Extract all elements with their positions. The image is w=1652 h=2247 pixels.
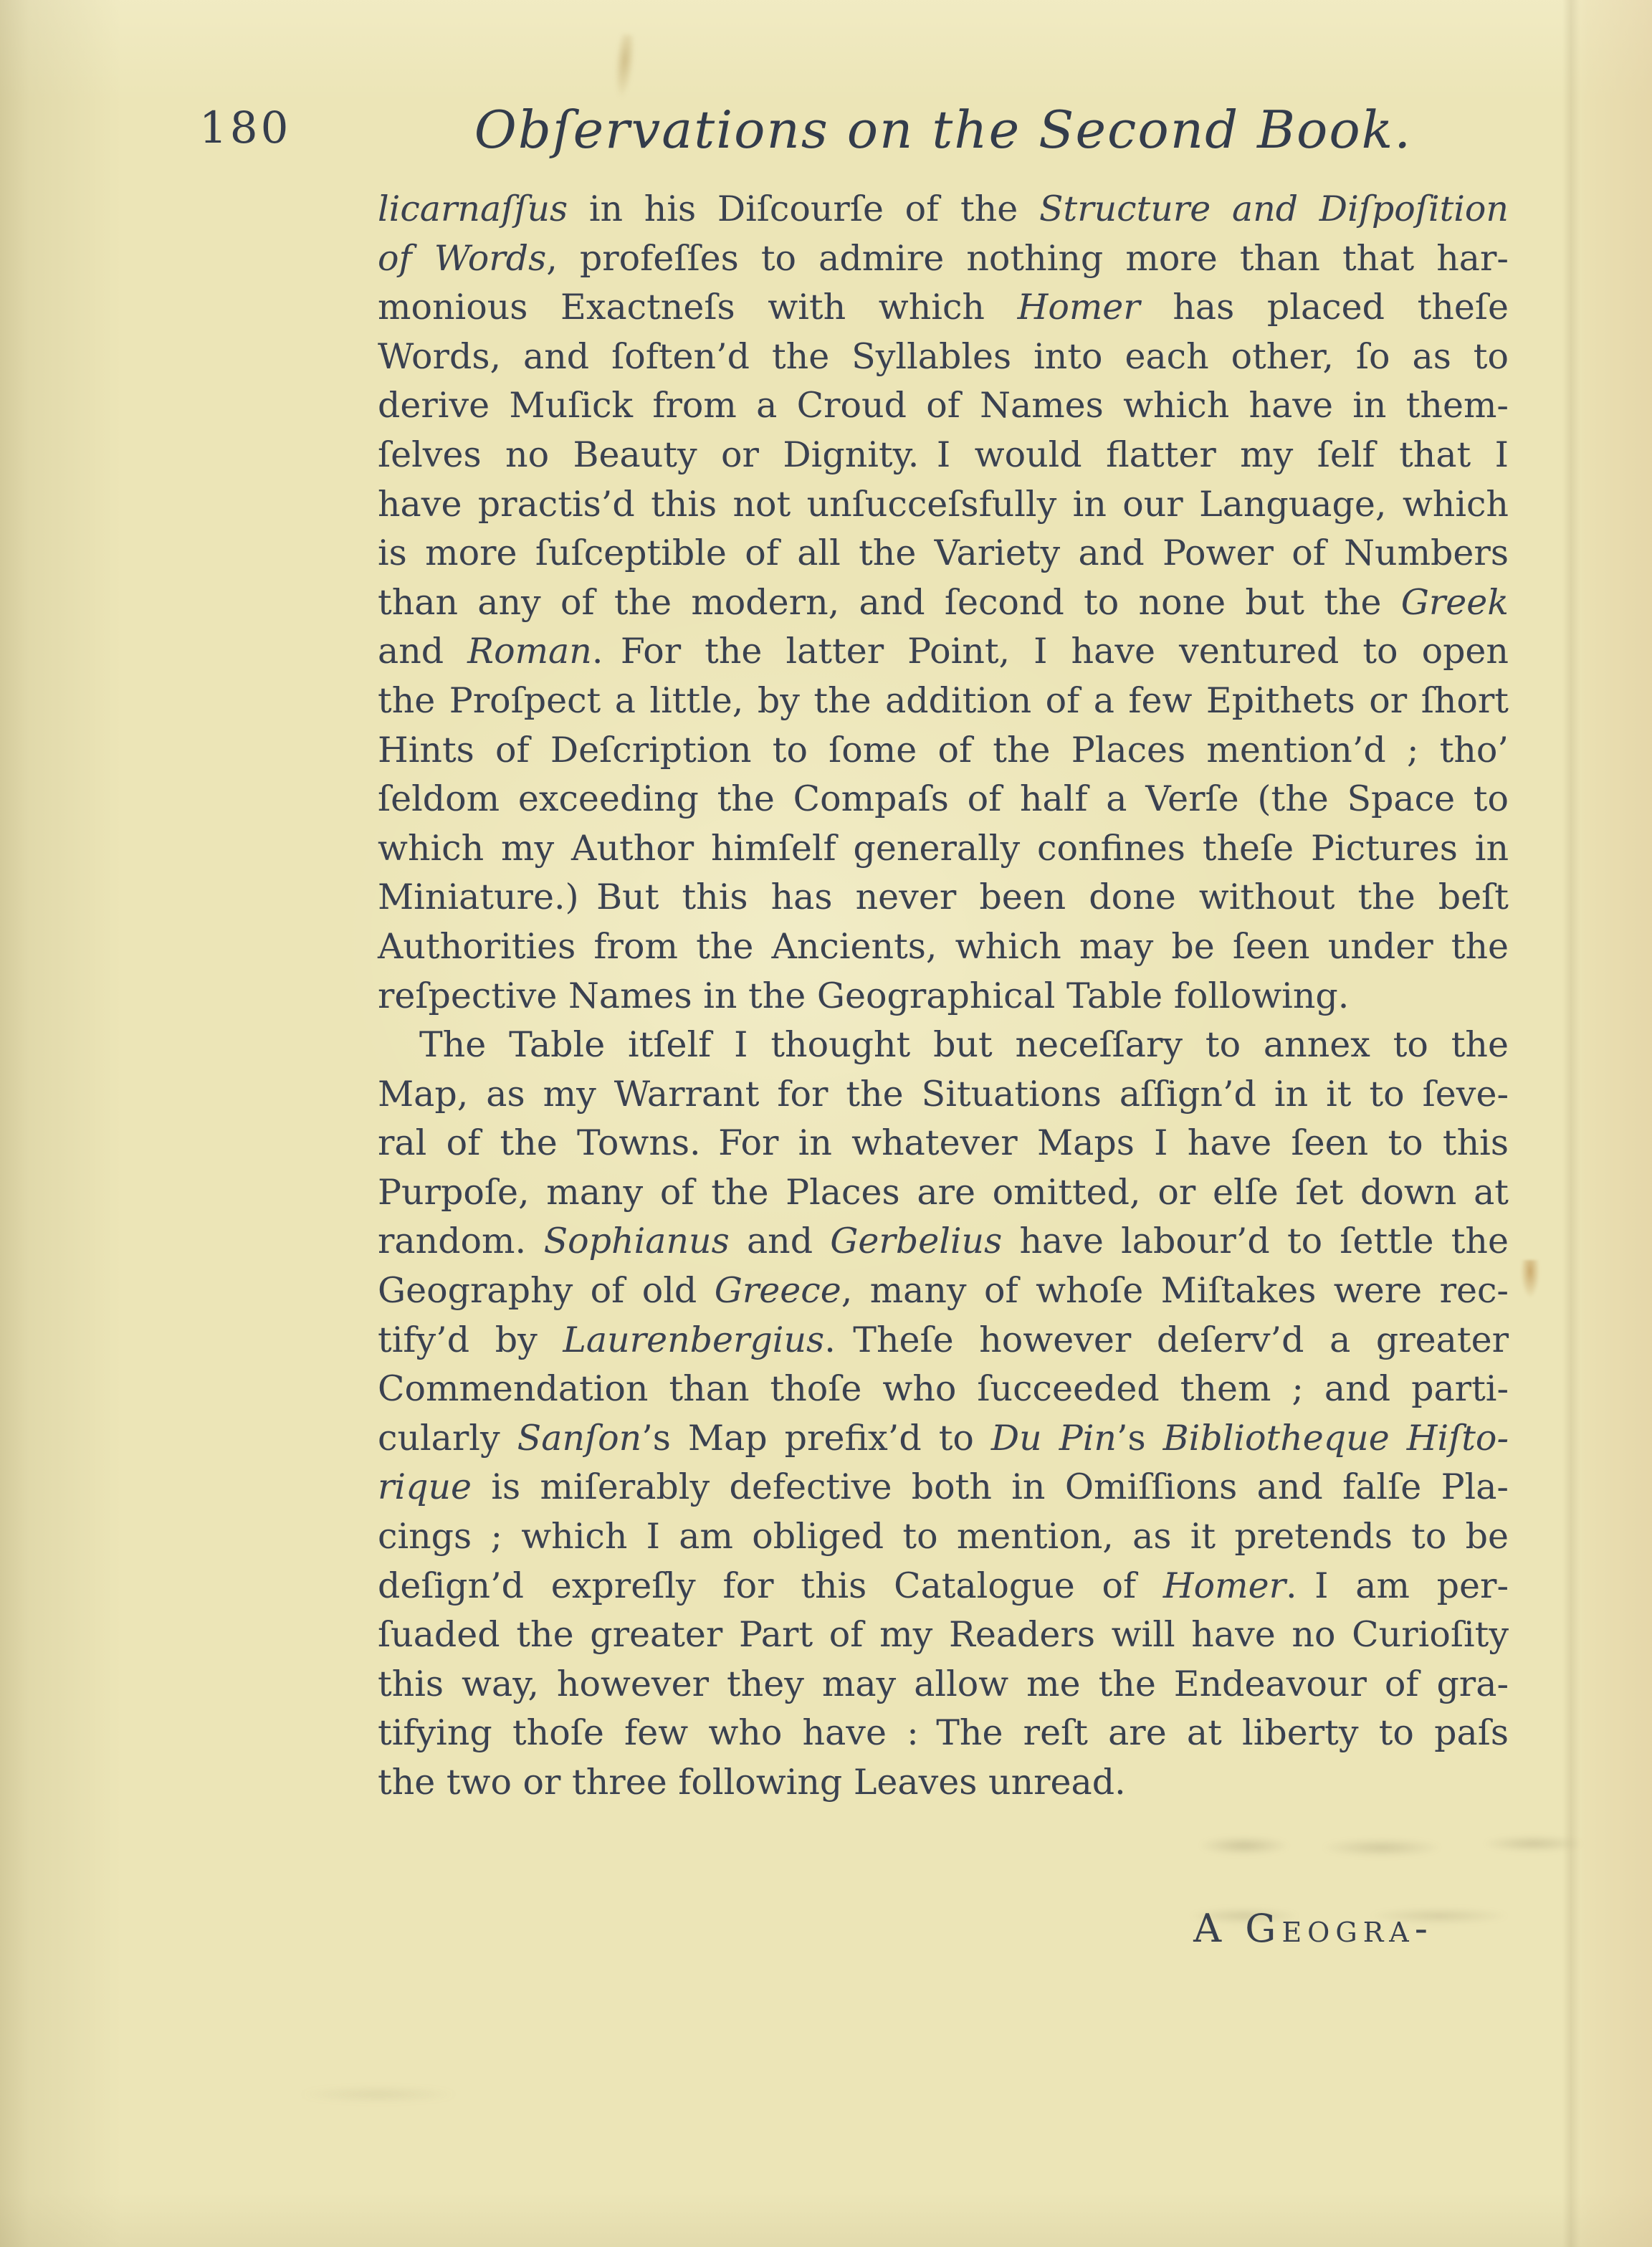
text-line: ſuaded the greater Part of my Readers wi… <box>378 1611 1509 1660</box>
margin-stain <box>1521 1260 1539 1297</box>
italic-text: Homer <box>1163 1565 1286 1606</box>
text-line: licarnaſſus in his Diſcourſe of the Stru… <box>378 185 1509 234</box>
roman-text: have labour’d to ſettle the <box>1002 1221 1509 1261</box>
italic-text: Sophianus <box>544 1221 730 1261</box>
italic-text: Du Pin <box>991 1418 1117 1459</box>
roman-text: the Proſpect a little, by the addition o… <box>378 680 1509 721</box>
roman-text: than any of the modern, and ſecond to no… <box>378 582 1401 623</box>
roman-text: Authorities from the Ancients, which may… <box>378 926 1509 967</box>
roman-text: cularly <box>378 1418 517 1459</box>
italic-text: Greece <box>715 1270 841 1311</box>
text-line: Commendation than thoſe who ſucceeded th… <box>378 1365 1509 1414</box>
roman-text: monious Exactneſs with which <box>378 287 1018 328</box>
roman-text: has placed theſe <box>1140 287 1509 328</box>
italic-text: Homer <box>1018 287 1140 328</box>
text-line: than any of the modern, and ſecond to no… <box>378 578 1509 628</box>
text-line: of Words, profeſſes to admire nothing mo… <box>378 234 1509 284</box>
text-line: Miniature.) But this has never been done… <box>378 873 1509 922</box>
italic-text: of Words <box>378 238 546 279</box>
text-line: and Roman. For the latter Point, I have … <box>378 627 1509 677</box>
text-line: ſelves no Beauty or Dignity. I would fla… <box>378 431 1509 480</box>
roman-text: ſeldom exceeding the Compaſs of half a V… <box>378 778 1509 819</box>
italic-text: Gerbelius <box>830 1221 1002 1261</box>
text-line: have practis’d this not unſucceſsfully i… <box>378 480 1509 530</box>
ink-showthrough <box>258 2080 559 2109</box>
italic-text: licarnaſſus <box>378 189 568 229</box>
roman-text: the two or three following Leaves unread… <box>378 1762 1126 1803</box>
roman-text: , many of whoſe Miſtakes were rec- <box>841 1270 1509 1311</box>
text-line: tifying thoſe few who have : The reſt ar… <box>378 1709 1509 1758</box>
text-line: ſeldom exceeding the Compaſs of half a V… <box>378 775 1509 824</box>
page-number: 180 <box>199 106 291 150</box>
text-line: The Table itſelf I thought but neceſſary… <box>378 1021 1509 1070</box>
roman-text: Purpoſe, many of the Places are omitted,… <box>378 1172 1509 1213</box>
roman-text: ’s Map prefix’d to <box>641 1418 991 1459</box>
roman-text: ral of the Towns. For in whatever Maps I… <box>378 1122 1509 1163</box>
body-text: licarnaſſus in his Diſcourſe of the Stru… <box>378 185 1509 1808</box>
roman-text: . Theſe however deſerv’d a greater <box>824 1320 1509 1360</box>
text-line: Geography of old Greece, many of whoſe M… <box>378 1266 1509 1316</box>
roman-text: . For the latter Point, I have ventured … <box>592 631 1509 672</box>
text-line: cings ; which I am obliged to mention, a… <box>378 1512 1509 1562</box>
running-title: Obſervations on the Second Book. <box>378 99 1509 161</box>
roman-text: cings ; which I am obliged to mention, a… <box>378 1516 1509 1557</box>
catchword: A Geogra- <box>1032 1909 1433 1948</box>
italic-text: Sanſon <box>517 1418 642 1459</box>
text-line: deſign’d expreſly for this Catalogue of … <box>378 1562 1509 1611</box>
roman-text: tifying thoſe few who have : The reſt ar… <box>378 1712 1509 1753</box>
italic-text: Greek <box>1401 582 1509 623</box>
text-line: tify’d by Laurenbergius. Theſe however d… <box>378 1316 1509 1365</box>
roman-text: ſuaded the greater Part of my Readers wi… <box>378 1614 1509 1655</box>
roman-text: tify’d by <box>378 1320 563 1360</box>
roman-text: deſign’d expreſly for this Catalogue of <box>378 1565 1163 1606</box>
roman-text: Miniature.) But this has never been done… <box>378 877 1509 917</box>
roman-text: have practis’d this not unſucceſsfully i… <box>378 484 1509 525</box>
italic-text: Laurenbergius <box>563 1320 824 1360</box>
roman-text: Commendation than thoſe who ſucceeded th… <box>378 1368 1509 1409</box>
text-line: derive Muſick from a Croud of Names whic… <box>378 381 1509 431</box>
text-line: reſpective Names in the Geographical Tab… <box>378 972 1509 1021</box>
text-line: which my Author himſelf generally confin… <box>378 824 1509 874</box>
roman-text: The Table itſelf I thought but neceſſary… <box>419 1024 1509 1065</box>
text-line: Map, as my Warrant for the Situations aſ… <box>378 1070 1509 1120</box>
text-line: random. Sophianus and Gerbelius have lab… <box>378 1217 1509 1266</box>
roman-text: Map, as my Warrant for the Situations aſ… <box>378 1074 1509 1115</box>
italic-text: Roman <box>467 631 592 672</box>
roman-text: is miſerably defective both in Omiſſions… <box>472 1466 1509 1507</box>
roman-text: which my Author himſelf generally confin… <box>378 828 1509 869</box>
text-line: the Proſpect a little, by the addition o… <box>378 677 1509 726</box>
text-line: ral of the Towns. For in whatever Maps I… <box>378 1119 1509 1168</box>
text-line: cularly Sanſon’s Map prefix’d to Du Pin’… <box>378 1414 1509 1464</box>
italic-text: rique <box>378 1466 472 1507</box>
roman-text: reſpective Names in the Geographical Tab… <box>378 975 1349 1016</box>
roman-text: random. <box>378 1221 544 1261</box>
roman-text: , profeſſes to admire nothing more than … <box>546 238 1509 279</box>
roman-text: ſelves no Beauty or Dignity. I would fla… <box>378 434 1509 475</box>
roman-text: this way, however they may allow me the … <box>378 1664 1509 1704</box>
paper-stain <box>611 34 636 100</box>
text-line: is more ſuſceptible of all the Variety a… <box>378 529 1509 578</box>
text-line: rique is miſerably defective both in Omi… <box>378 1463 1509 1512</box>
roman-text: Geography of old <box>378 1270 715 1311</box>
text-line: Purpoſe, many of the Places are omitted,… <box>378 1168 1509 1218</box>
text-line: Authorities from the Ancients, which may… <box>378 922 1509 972</box>
italic-text: Bibliotheque Hiſto- <box>1163 1418 1509 1459</box>
book-page-scan: 180 Obſervations on the Second Book. lic… <box>0 0 1652 2247</box>
roman-text: Words, and ſoften’d the Syllables into e… <box>378 336 1509 377</box>
text-line: monious Exactneſs with which Homer has p… <box>378 283 1509 333</box>
roman-text: . I am per- <box>1286 1565 1509 1606</box>
roman-text: and <box>730 1221 831 1261</box>
ink-showthrough <box>1175 1826 1634 1865</box>
roman-text: is more ſuſceptible of all the Variety a… <box>378 533 1509 573</box>
roman-text: Hints of Deſcription to ſome of the Plac… <box>378 730 1509 771</box>
roman-text: and <box>378 631 467 672</box>
text-line: this way, however they may allow me the … <box>378 1660 1509 1709</box>
text-line: Hints of Deſcription to ſome of the Plac… <box>378 726 1509 776</box>
italic-text: Structure and Diſpoſition <box>1039 189 1509 229</box>
roman-text: ’s <box>1117 1418 1163 1459</box>
roman-text: in his Diſcourſe of the <box>568 189 1039 229</box>
roman-text: derive Muſick from a Croud of Names whic… <box>378 385 1509 426</box>
text-line: the two or three following Leaves unread… <box>378 1758 1509 1808</box>
text-line: Words, and ſoften’d the Syllables into e… <box>378 333 1509 382</box>
